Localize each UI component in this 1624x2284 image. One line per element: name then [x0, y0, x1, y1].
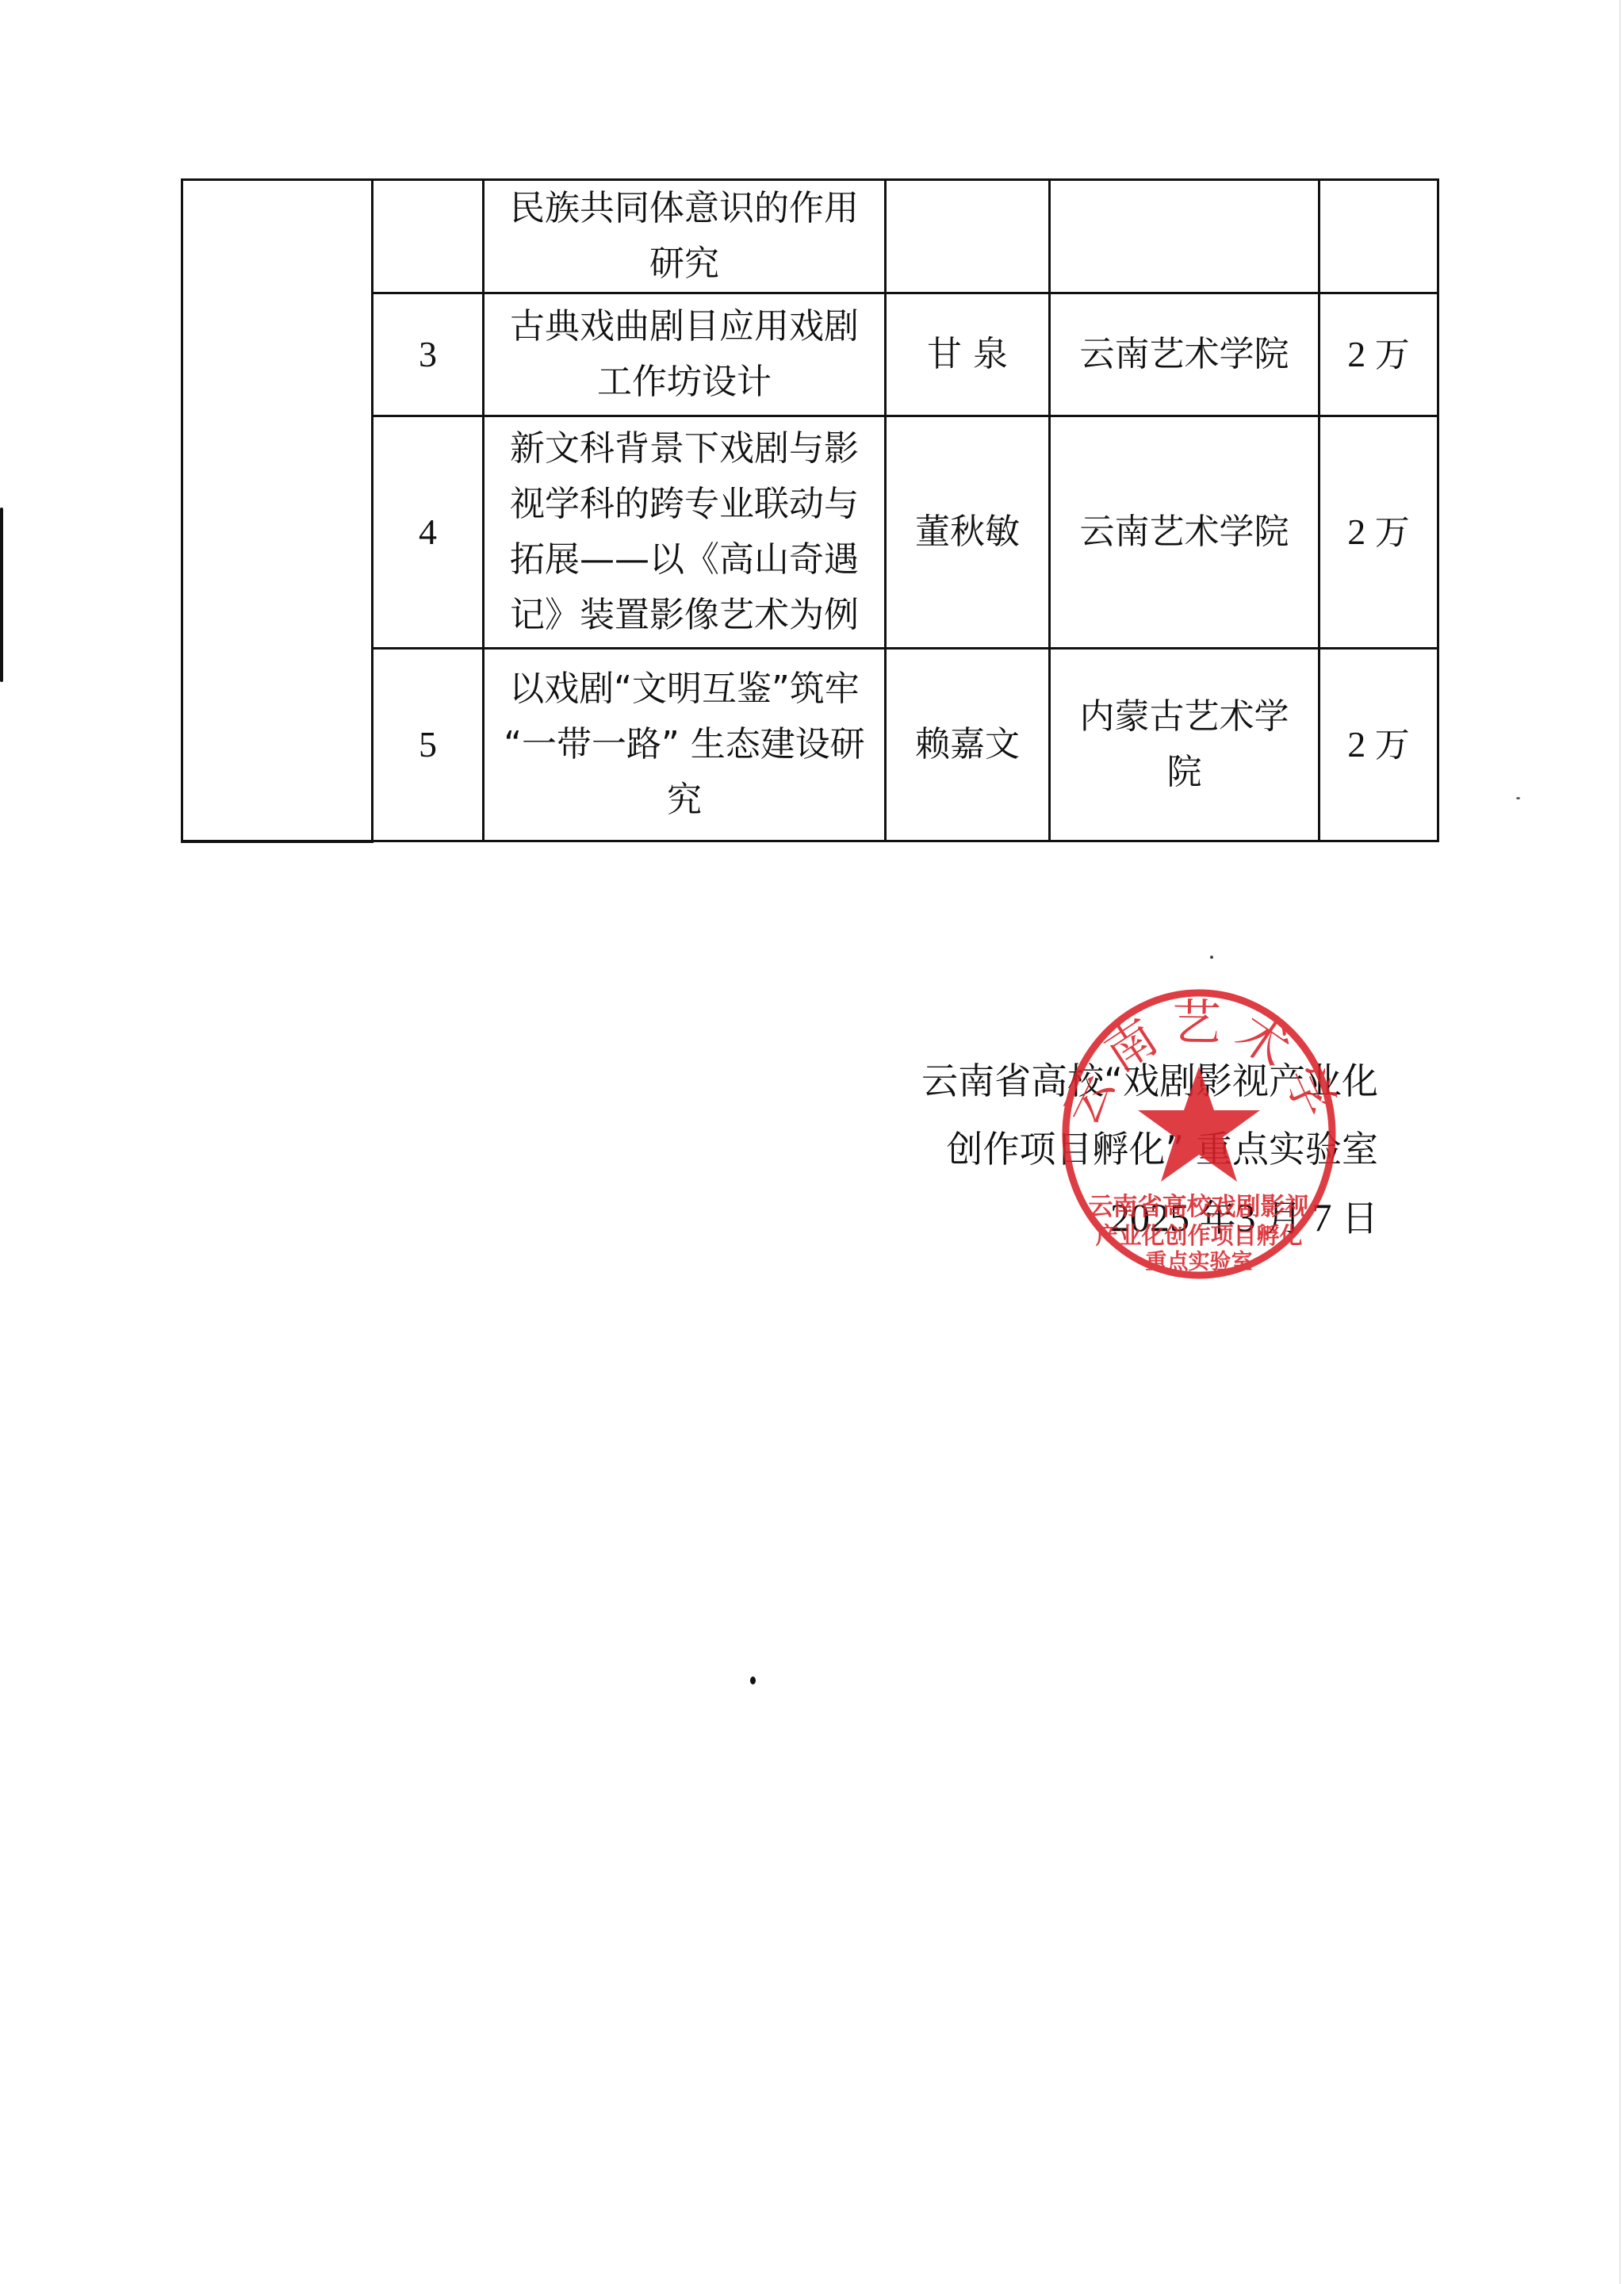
institution-cell: 云南艺术学院 [1050, 416, 1319, 649]
amount-unit: 万 [1375, 335, 1410, 375]
stamp-inner-line: 重点实验室 [1146, 1250, 1253, 1274]
table-row: 民族共同体意识的作用 研究 [182, 180, 1438, 293]
title-line: 视学科的跨专业联动与 [504, 477, 865, 532]
amount-cell: 2 万 [1319, 416, 1438, 649]
leader-cell: 董秋敏 [886, 416, 1050, 649]
title-line: “一带一路” 生态建设研 [504, 717, 865, 772]
date-month-char: 月 [1266, 1197, 1302, 1240]
index-cell: 3 [373, 293, 484, 416]
institution-cell [1050, 180, 1319, 293]
speck-mark [1210, 956, 1213, 959]
page-edge-shadow [0, 508, 3, 682]
signature-org-line: 创作项目孵化” 重点实验室 [921, 1115, 1378, 1183]
page-edge-shadow-right [1619, 0, 1621, 2284]
title-line: 新文科背景下戏剧与影 [504, 421, 865, 477]
amount-cell: 2 万 [1319, 293, 1438, 416]
date-day-char: 日 [1342, 1197, 1378, 1240]
project-table: 民族共同体意识的作用 研究 3 古典戏曲剧目应用戏剧 工作坊设计 甘 泉 云南艺… [181, 178, 1439, 843]
title-cell: 民族共同体意识的作用 研究 [484, 180, 886, 293]
institution-line: 院 [1059, 745, 1310, 800]
amount-unit: 万 [1375, 512, 1410, 553]
title-line: 民族共同体意识的作用 [504, 181, 865, 236]
title-line: 究 [504, 772, 865, 828]
speck-mark [1516, 797, 1520, 799]
title-line: 记》装置影像艺术为例 [504, 588, 865, 643]
institution-cell: 内蒙古艺术学 院 [1050, 649, 1319, 841]
title-line: 拓展——以《高山奇遇 [504, 532, 865, 588]
index-cell [373, 180, 484, 293]
title-line: 古典戏曲剧目应用戏剧 [504, 299, 865, 354]
leader-cell [886, 180, 1050, 293]
title-cell: 古典戏曲剧目应用戏剧 工作坊设计 [484, 293, 886, 416]
index-cell: 5 [373, 649, 484, 841]
title-cell: 新文科背景下戏剧与影 视学科的跨专业联动与 拓展——以《高山奇遇 记》装置影像艺… [484, 416, 886, 649]
institution-cell: 云南艺术学院 [1050, 293, 1319, 416]
index-cell: 4 [373, 416, 484, 649]
signature-block: 云南省高校“戏剧影视产业化 创作项目孵化” 重点实验室 2025 年3 月 7 … [921, 1047, 1378, 1252]
amount-value: 2 [1347, 724, 1365, 765]
title-line: 以戏剧“文明互鉴”筑牢 [504, 661, 865, 717]
institution-line: 内蒙古艺术学 [1059, 689, 1310, 745]
title-line: 工作坊设计 [504, 354, 865, 410]
date-month: 3 [1236, 1195, 1256, 1240]
amount-cell: 2 万 [1319, 649, 1438, 841]
signature-date: 2025 年3 月 7 日 [921, 1183, 1378, 1252]
title-cell: 以戏剧“文明互鉴”筑牢 “一带一路” 生态建设研 究 [484, 649, 886, 841]
leader-cell: 赖嘉文 [886, 649, 1050, 841]
signature-org-line: 云南省高校“戏剧影视产业化 [921, 1047, 1378, 1115]
amount-value: 2 [1347, 334, 1365, 374]
date-year-char: 年 [1200, 1197, 1236, 1240]
title-line: 研究 [504, 236, 865, 292]
date-year: 2025 [1110, 1195, 1189, 1240]
amount-value: 2 [1347, 512, 1365, 552]
leader-cell: 甘 泉 [886, 293, 1050, 416]
amount-cell [1319, 180, 1438, 293]
date-day: 7 [1312, 1195, 1332, 1240]
speck-mark [750, 1677, 756, 1684]
category-cell [182, 180, 373, 841]
amount-unit: 万 [1375, 725, 1410, 765]
